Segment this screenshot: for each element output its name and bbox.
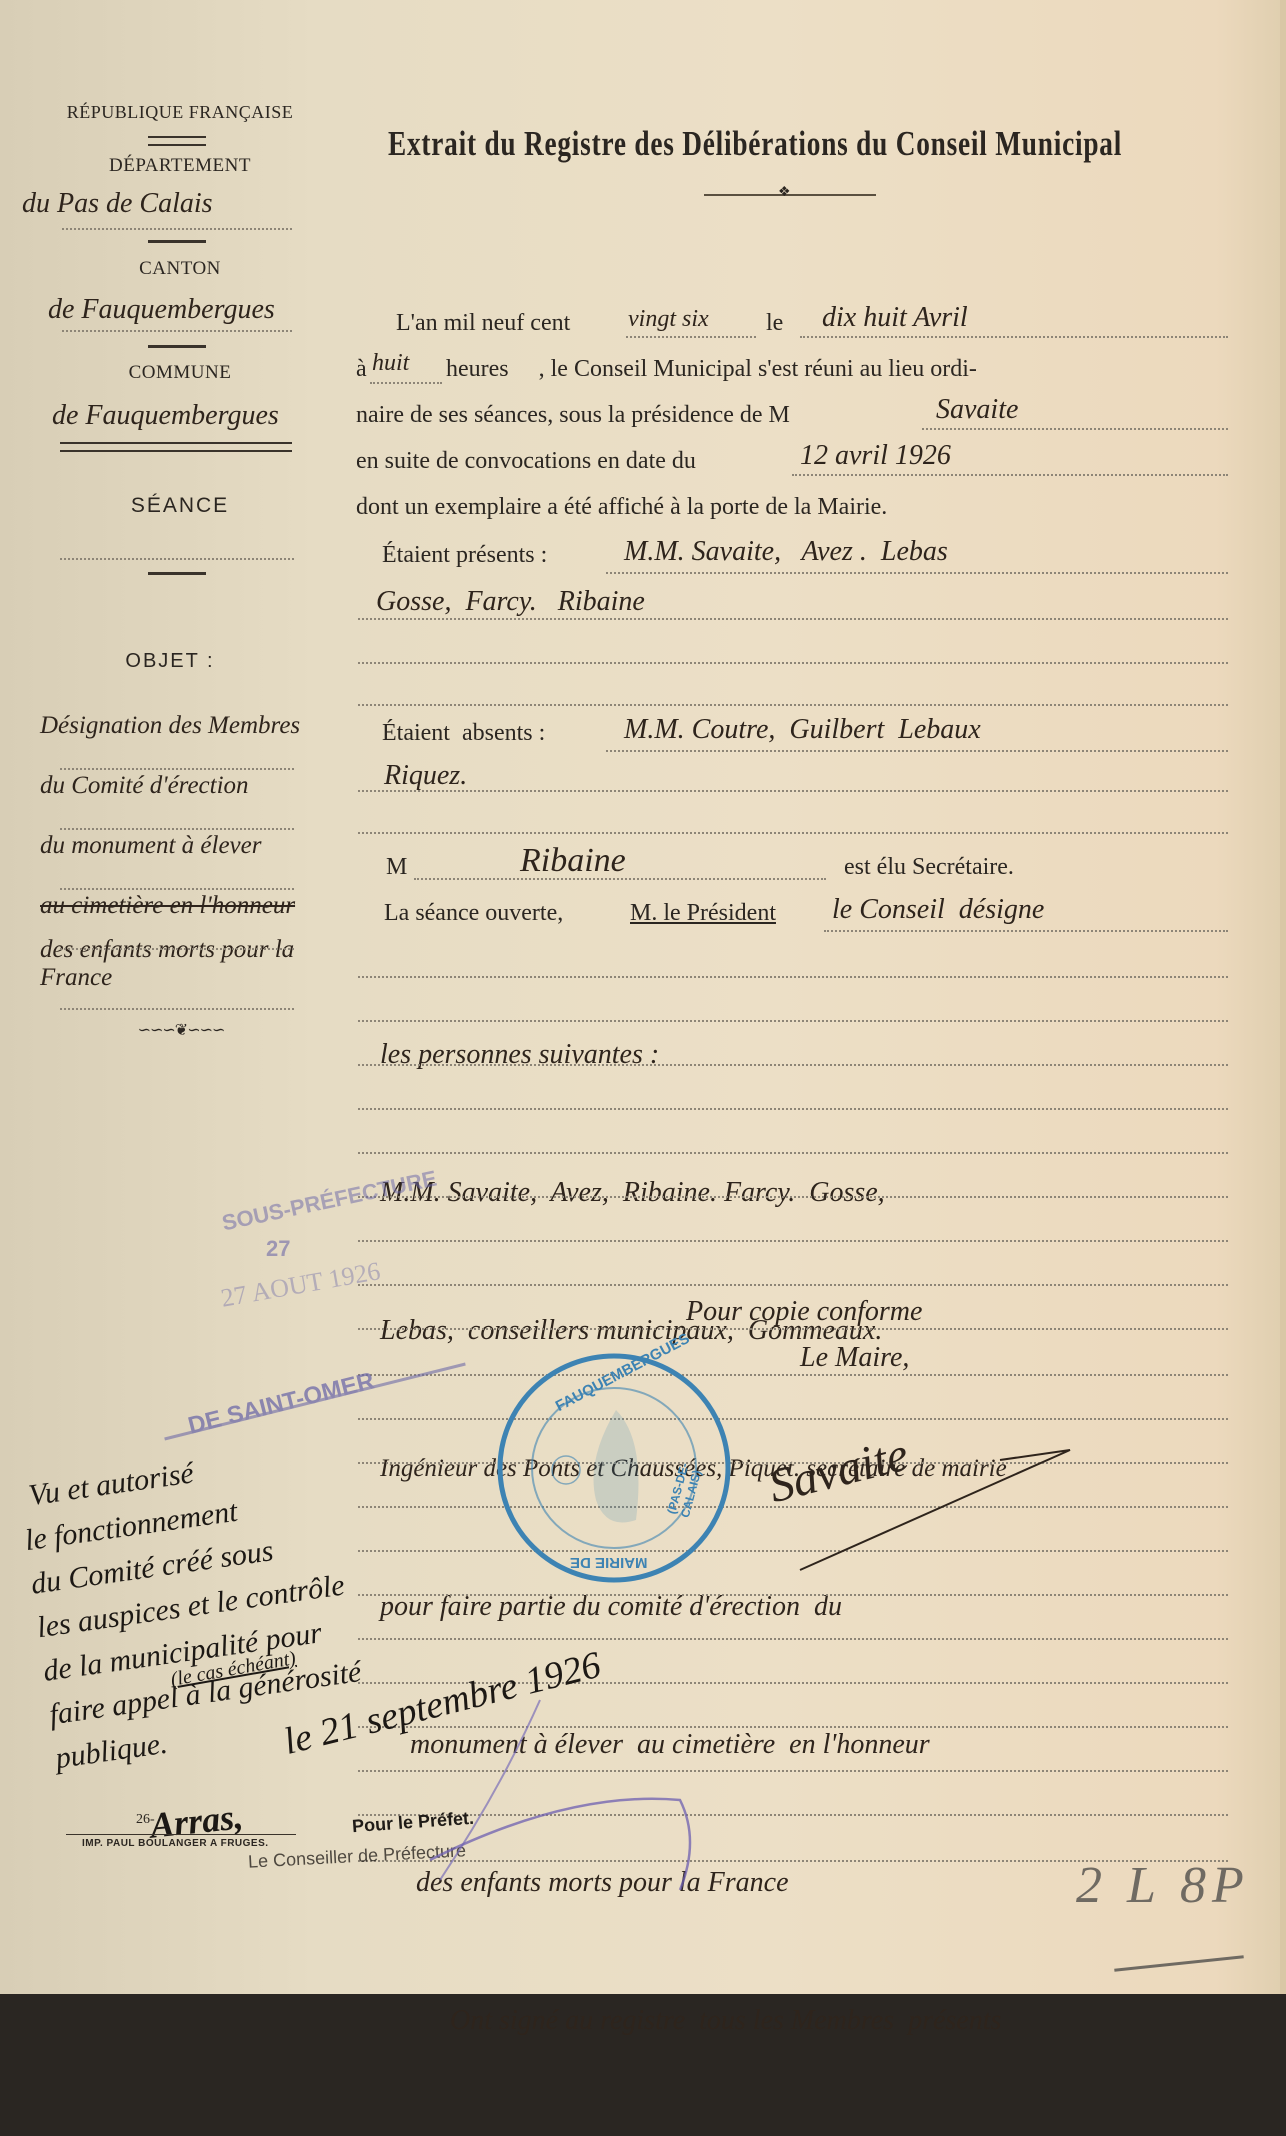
ornament-icon: ❖ [778,184,791,201]
dotted-line [626,336,756,338]
canton-value: de Fauquembergues [48,294,275,326]
deliberation-line: pour faire partie du comité d'érection d… [380,1584,1007,1630]
dotted-line [358,1108,1228,1110]
dotted-line [358,1020,1228,1022]
objet-line: Désignation des Membres [40,696,360,756]
departement-label: DÉPARTEMENT [40,155,320,177]
stamp-date: 27 AOUT 1926 [219,1256,383,1314]
ornament-icon: ∽∽∽❦∽∽∽ [96,1020,266,1040]
dotted-line [358,1196,1228,1198]
intro-line-2: heures , le Conseil Municipal s'est réun… [446,356,977,383]
dotted-line [358,790,1228,792]
dotted-line [606,572,1228,574]
deliberation-line: les personnes suivantes : [380,1032,1007,1078]
dotted-line [922,428,1228,430]
dotted-line [824,930,1228,932]
dotted-line [60,888,294,890]
absents-label: Étaient absents : [382,720,545,747]
dotted-line [370,382,442,384]
dotted-line [62,228,292,230]
divider [148,345,206,348]
document-page: RÉPUBLIQUE FRANÇAISE DÉPARTEMENT du Pas … [0,0,1286,1994]
commune-label: COMMUNE [40,362,320,384]
dotted-line [358,1064,1228,1066]
signature-flourish-icon [780,1440,1080,1590]
dotted-line [358,1152,1228,1154]
divider [148,240,206,243]
dotted-line [358,1284,1228,1286]
dotted-line [358,1374,1228,1376]
copy-conforme: Pour copie conforme [686,1296,922,1328]
dotted-line [358,1638,1228,1640]
convocation-date: 12 avril 1926 [800,440,951,472]
divider [148,572,206,575]
intro-line-3: naire de ses séances, sous la présidence… [356,402,790,429]
divider [60,442,292,452]
dotted-line [414,878,826,880]
republique-francaise: RÉPUBLIQUE FRANÇAISE [40,102,320,123]
dotted-line [358,976,1228,978]
sous-prefecture-stamp: SOUS-PRÉFECTURE 27 27 AOUT 1926 DE SAINT… [100,1170,480,1460]
mairie-seal: FAUQUEMBERGUES MAIRIE DE (PAS-DE-CALAIS) [496,1350,732,1586]
date-value: dix huit Avril [822,302,968,334]
archive-underline [1114,1955,1244,1972]
dotted-line [358,1328,1228,1330]
dotted-line [358,832,1228,834]
dotted-line [358,1594,1228,1596]
dotted-line [60,948,294,950]
absents-line-2: Riquez. [384,760,467,792]
seal-text-bottom: MAIRIE DE [570,1554,648,1571]
stamp-text-top: SOUS-PRÉFECTURE [220,1166,439,1237]
page-title: Extrait du Registre des Délibérations du… [388,124,1122,164]
secretary-suffix: est élu Secrétaire. [844,854,1014,881]
dotted-line [60,768,294,770]
objet-line: du Comité d'érection [40,756,360,816]
divider [148,136,206,146]
dotted-line [60,828,294,830]
form-number: 26- [136,1812,155,1828]
presents-line-1: M.M. Savaite, Avez . Lebas [624,536,948,568]
intro-line-4: en suite de convocations en date du [356,448,696,475]
dotted-line [60,1008,294,1010]
dotted-line [792,474,1228,476]
objet-line: France [40,964,360,992]
hour-value: huit [372,350,409,377]
presents-line-2: Gosse, Farcy. Ribaine [376,586,645,618]
objet-label: OBJET : [40,650,300,673]
printer-imprint: IMP. PAUL BOULANGER A FRUGES. [82,1838,269,1849]
imprint-rule [66,1834,296,1835]
dotted-line [358,662,1228,664]
secretary-prefix: M [386,854,407,881]
a-label: à [356,356,367,383]
dotted-line [358,1418,1228,1420]
dotted-line [800,336,1228,338]
pencil-mark-icon [420,1690,720,1890]
intro-prefix: L'an mil neuf cent [396,310,570,337]
stamp-text-bottom: DE SAINT-OMER [185,1367,377,1440]
dotted-line [358,704,1228,706]
seance-date-line [60,558,294,560]
deliberation-start: le Conseil désigne [832,894,1044,926]
struck-president: M. le Président [630,900,776,927]
dotted-line [62,330,292,332]
le-maire: Le Maire, [800,1342,909,1374]
objet-line: au cimetière en l'honneur [40,876,360,936]
departement-value: du Pas de Calais [22,188,213,220]
objet-line: du monument à élever [40,816,360,876]
commune-value: de Fauquembergues [52,400,279,432]
stamp-number: 27 [266,1236,290,1262]
dotted-line [358,618,1228,620]
year-value: vingt six [628,306,709,333]
archive-mark: 2 L 8P [1076,1856,1250,1915]
absents-line-1: M.M. Coutre, Guilbert Lebaux [624,714,981,746]
canton-label: CANTON [40,258,320,280]
president-name: Savaite [936,394,1018,426]
objet-line: des enfants morts pour la [40,936,360,964]
seance-open-label: La séance ouverte, [384,900,563,927]
secretary-name: Ribaine [520,842,626,880]
intro-line-5: dont un exemplaire a été affiché à la po… [356,494,887,521]
seance-label: SÉANCE [40,494,320,518]
le-label: le [766,310,783,337]
dotted-line [358,1240,1228,1242]
dotted-line [606,750,1228,752]
presents-label: Étaient présents : [382,542,547,569]
